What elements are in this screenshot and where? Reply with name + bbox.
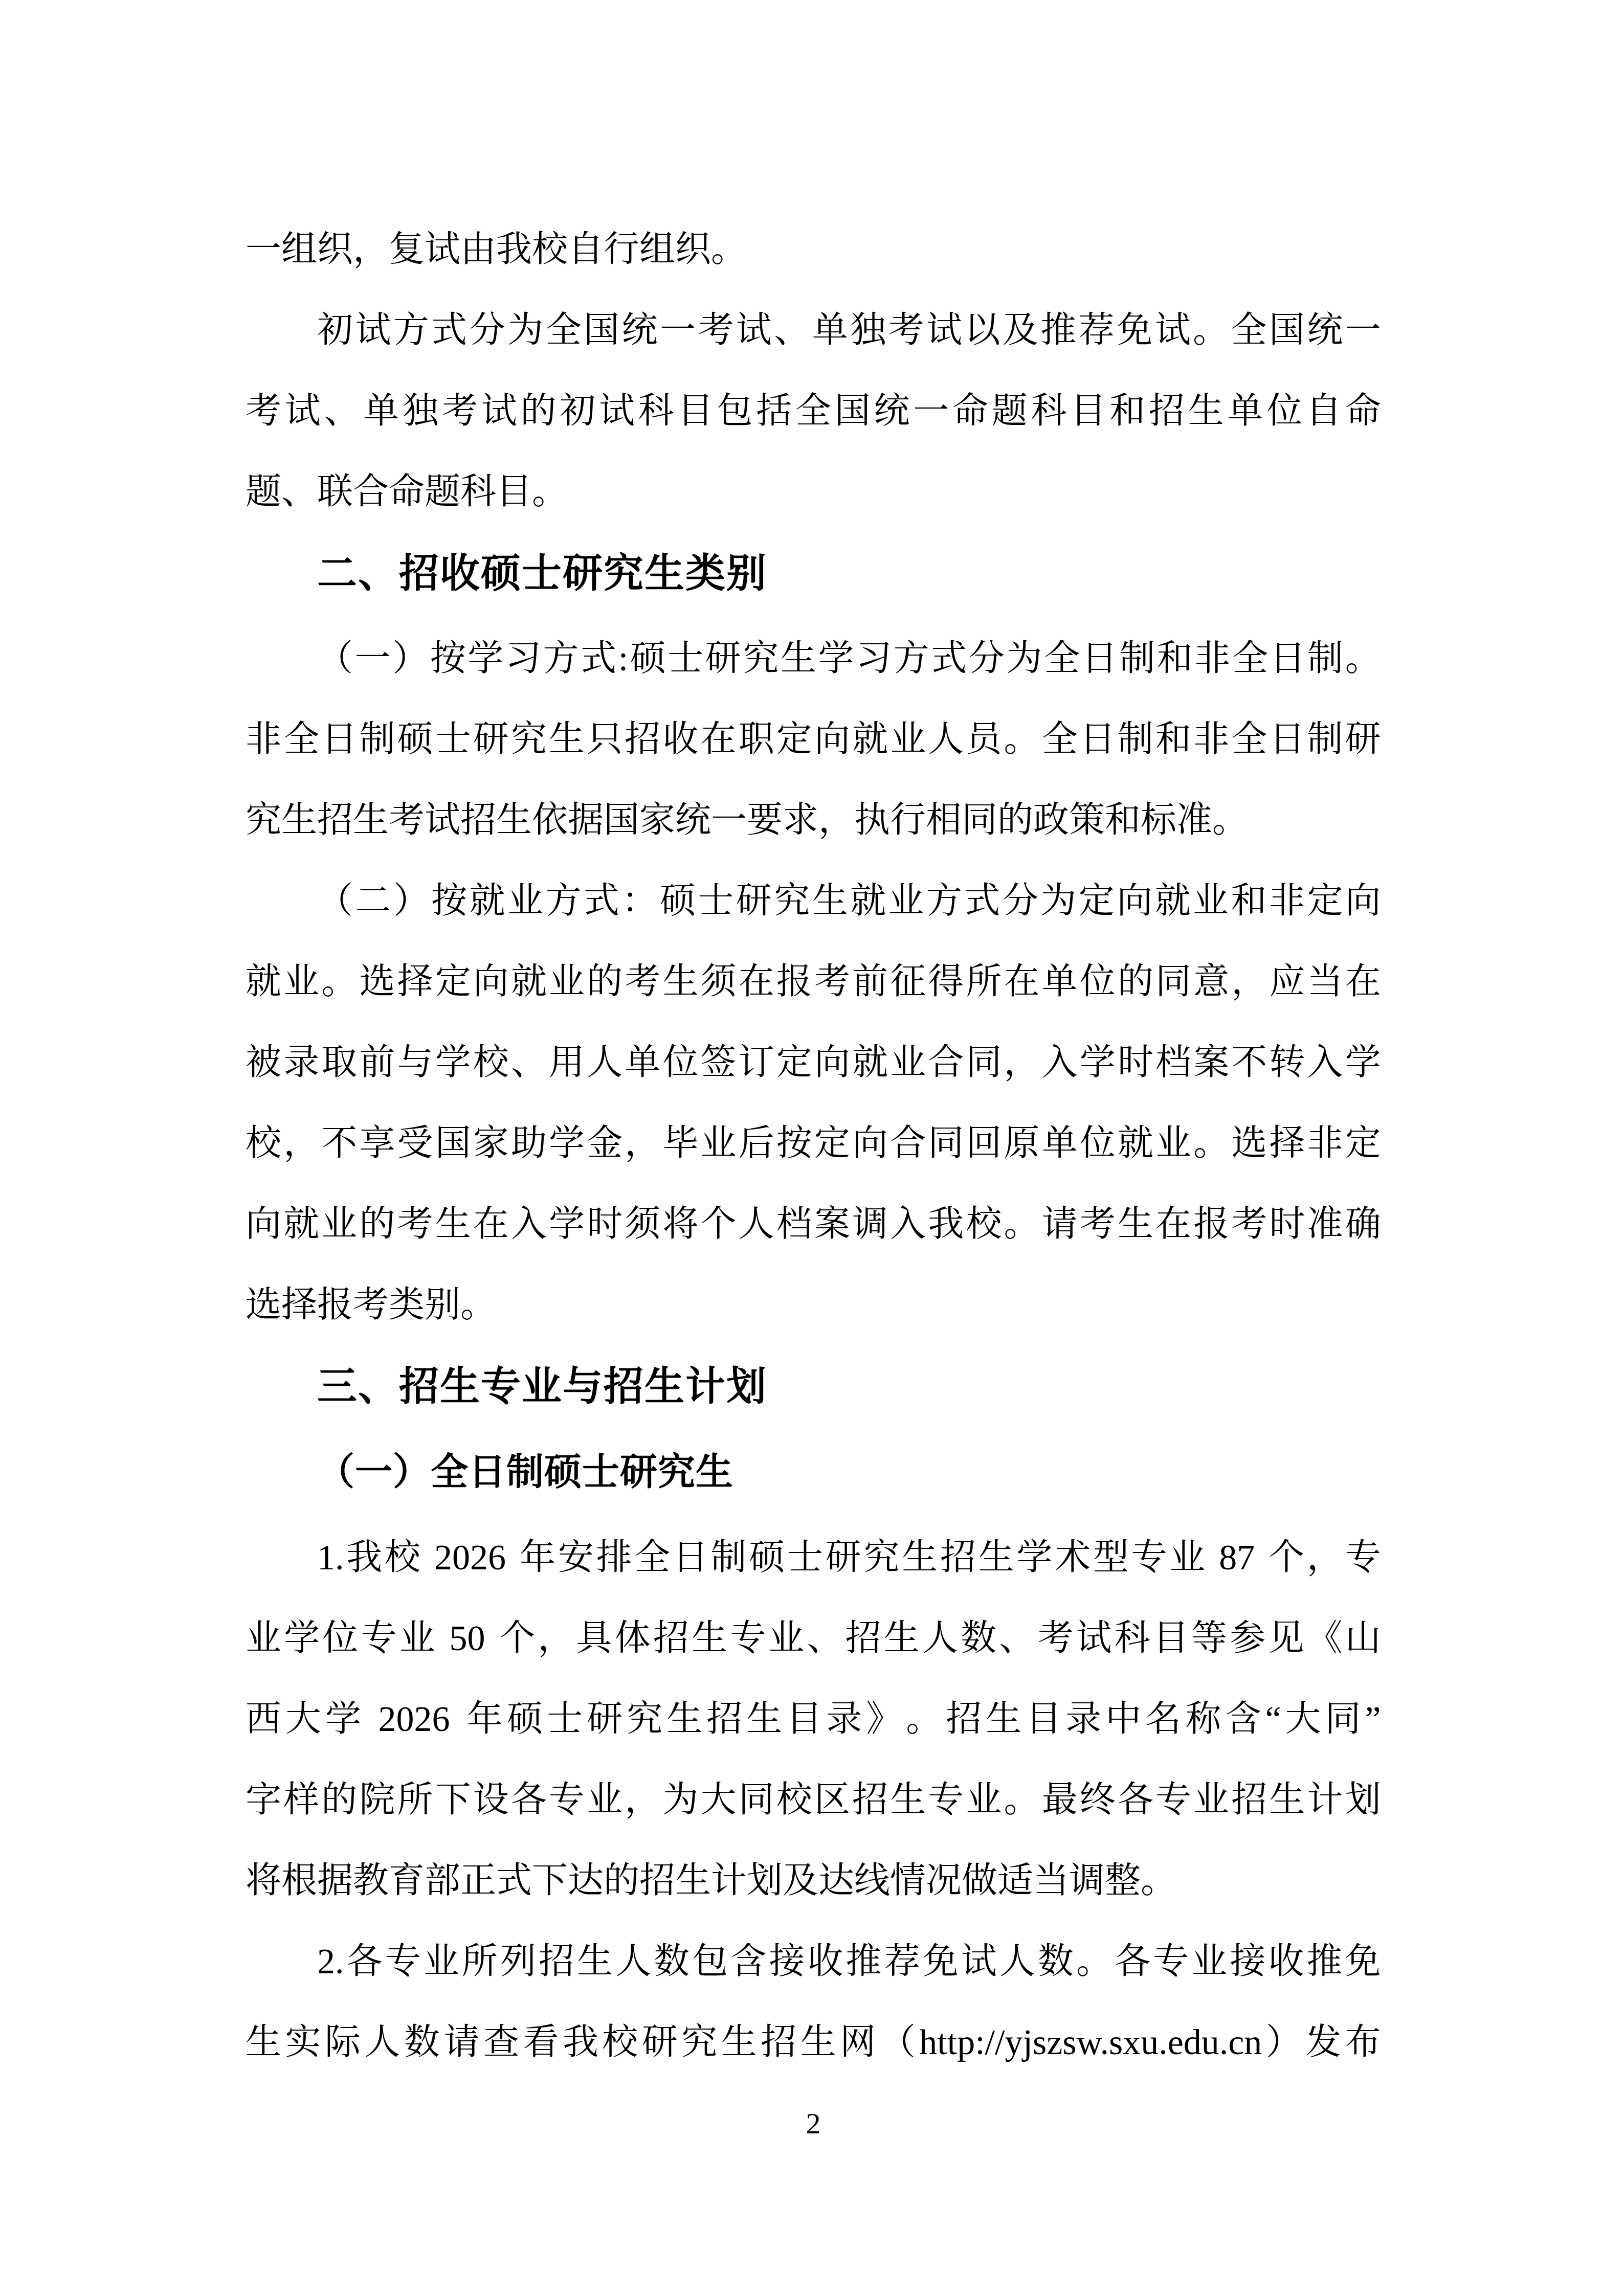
document-line: 选择报考类别。 bbox=[246, 1265, 1381, 1346]
page-number: 2 bbox=[246, 2083, 1381, 2164]
document-line: 就业。选择定向就业的考生须在报考前征得所在单位的同意，应当在 bbox=[246, 942, 1381, 1023]
subsection-heading: （一）全日制硕士研究生 bbox=[246, 1432, 1381, 1513]
document-line: 生实际人数请查看我校研究生招生网（http://yjszsw.sxu.edu.c… bbox=[246, 2002, 1381, 2083]
section-heading-3: 三、招生专业与招生计划 bbox=[246, 1346, 1381, 1427]
document-line: 初试方式分为全国统一考试、单独考试以及推荐免试。全国统一 bbox=[246, 290, 1381, 371]
section-heading-2: 二、招收硕士研究生类别 bbox=[246, 533, 1381, 614]
document-line: （一）按学习方式:硕士研究生学习方式分为全日制和非全日制。 bbox=[246, 619, 1381, 700]
document-line: 被录取前与学校、用人单位签订定向就业合同，入学时档案不转入学 bbox=[246, 1023, 1381, 1104]
document-line: 字样的院所下设各专业，为大同校区招生专业。最终各专业招生计划 bbox=[246, 1760, 1381, 1841]
document-line: 一组织，复试由我校自行组织。 bbox=[246, 210, 1381, 290]
document-line: 非全日制硕士研究生只招收在职定向就业人员。全日制和非全日制研 bbox=[246, 700, 1381, 780]
document-line: 究生招生考试招生依据国家统一要求，执行相同的政策和标准。 bbox=[246, 780, 1381, 861]
document-line: 2.各专业所列招生人数包含接收推荐免试人数。各专业接收推免 bbox=[246, 1922, 1381, 2002]
document-line: 西大学 2026 年硕士研究生招生目录》。招生目录中名称含“大同” bbox=[246, 1679, 1381, 1760]
document-line: 校，不享受国家助学金，毕业后按定向合同回原单位就业。选择非定 bbox=[246, 1104, 1381, 1184]
document-line: 向就业的考生在入学时须将个人档案调入我校。请考生在报考时准确 bbox=[246, 1184, 1381, 1265]
document-line: 1.我校 2026 年安排全日制硕士研究生招生学术型专业 87 个，专 bbox=[246, 1518, 1381, 1599]
document-line: 考试、单独考试的初试科目包括全国统一命题科目和招生单位自命 bbox=[246, 371, 1381, 452]
document-line: 业学位专业 50 个，具体招生专业、招生人数、考试科目等参见《山 bbox=[246, 1599, 1381, 1679]
document-line: 将根据教育部正式下达的招生计划及达线情况做适当调整。 bbox=[246, 1841, 1381, 1922]
document-page: 一组织，复试由我校自行组织。 初试方式分为全国统一考试、单独考试以及推荐免试。全… bbox=[0, 0, 1624, 2296]
document-line: 题、联合命题科目。 bbox=[246, 452, 1381, 533]
document-line: （二）按就业方式：硕士研究生就业方式分为定向就业和非定向 bbox=[246, 861, 1381, 942]
